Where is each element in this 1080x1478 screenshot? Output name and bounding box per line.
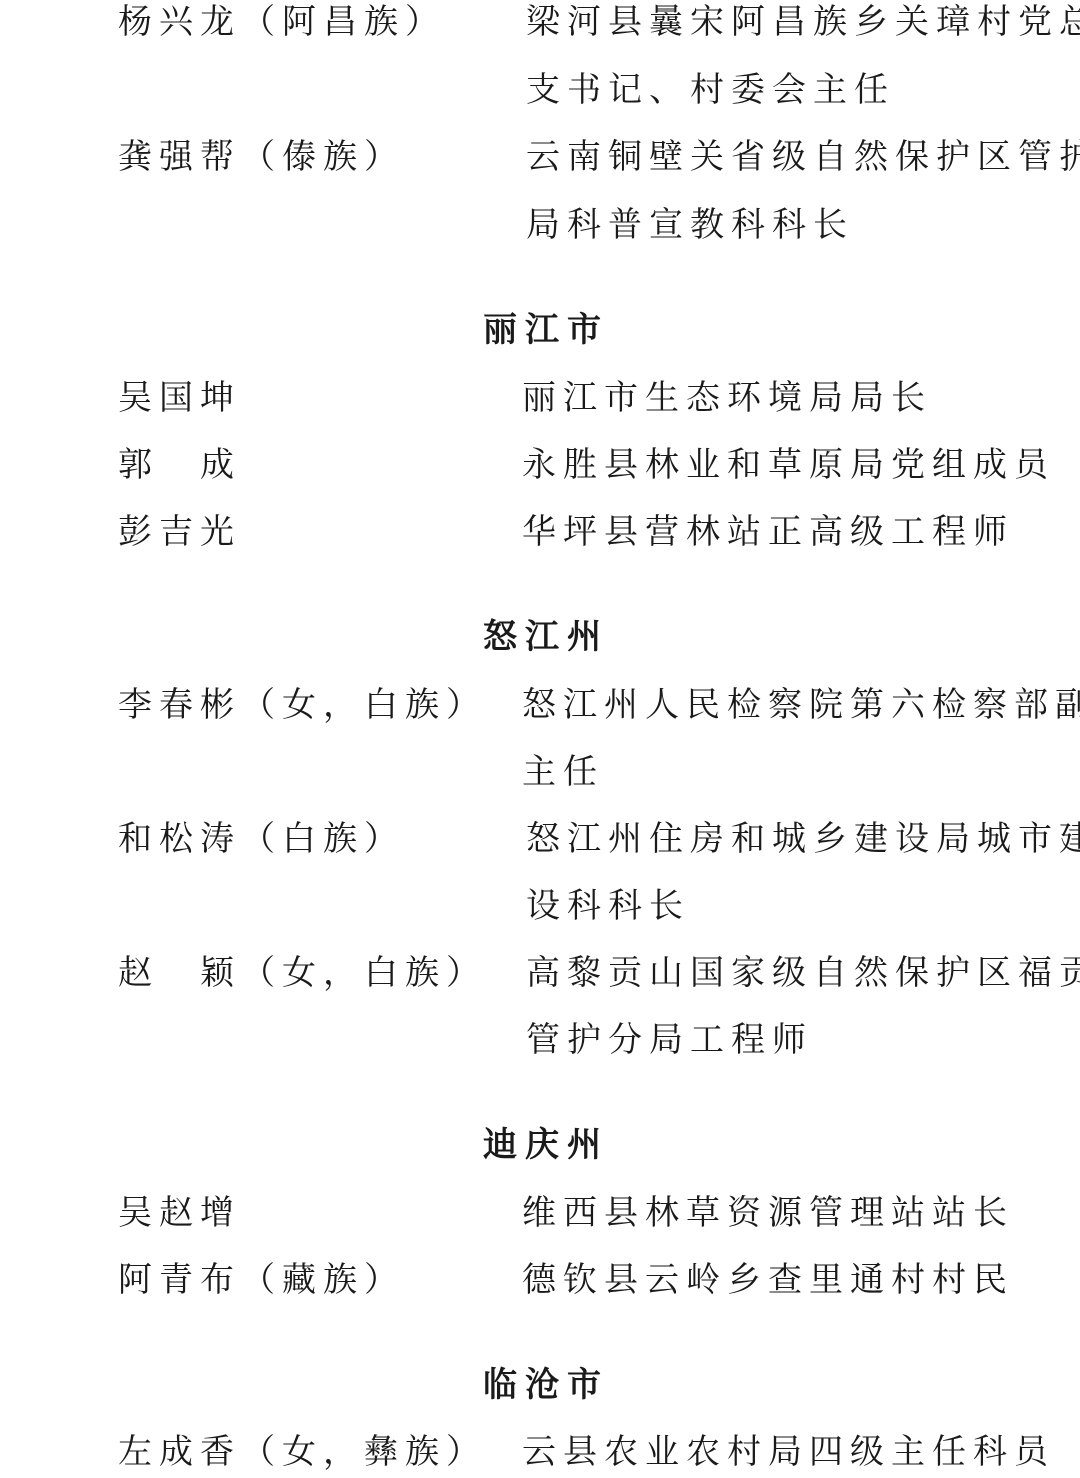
- person-name: 赵 颖（女，白族）: [118, 953, 487, 993]
- person-name: 龚强帮（傣族）: [118, 137, 405, 177]
- person-title-line: 云县农业农村局四级主任科员: [522, 1432, 1055, 1472]
- person-name: 阿青布（藏族）: [118, 1260, 405, 1300]
- person-title-line: 主任: [522, 752, 604, 792]
- section-heading-diqing: 迪庆州: [0, 1125, 1080, 1165]
- person-name: 吴国坤: [118, 378, 241, 418]
- person-title-line: 设科科长: [526, 886, 690, 926]
- section-heading-lijiang: 丽江市: [0, 310, 1080, 350]
- person-title-line: 永胜县林业和草原局党组成员: [522, 445, 1055, 485]
- person-title-line: 云南铜壁关省级自然保护区管护: [526, 137, 1080, 177]
- section-heading-lincang: 临沧市: [0, 1365, 1080, 1405]
- document-page: 杨兴龙（阿昌族） 梁河县曩宋阿昌族乡关璋村党总 支书记、村委会主任 龚强帮（傣族…: [0, 0, 1080, 1478]
- person-name: 郭 成: [118, 445, 241, 485]
- person-name: 李春彬（女，白族）: [118, 685, 487, 725]
- person-title-line: 管护分局工程师: [526, 1020, 813, 1060]
- person-title-line: 支书记、村委会主任: [526, 70, 895, 110]
- person-title-line: 华坪县营林站正高级工程师: [522, 512, 1014, 552]
- person-title-line: 梁河县曩宋阿昌族乡关璋村党总: [526, 2, 1080, 42]
- person-name: 彭吉光: [118, 512, 241, 552]
- person-title-line: 怒江州人民检察院第六检察部副: [522, 685, 1080, 725]
- person-name: 杨兴龙（阿昌族）: [118, 2, 446, 42]
- person-title-line: 高黎贡山国家级自然保护区福贡: [526, 953, 1080, 993]
- person-name: 和松涛（白族）: [118, 819, 405, 859]
- person-title-line: 丽江市生态环境局局长: [522, 378, 932, 418]
- section-heading-nujiang: 怒江州: [0, 617, 1080, 657]
- person-title-line: 怒江州住房和城乡建设局城市建: [526, 819, 1080, 859]
- person-name: 左成香（女，彝族）: [118, 1432, 487, 1472]
- person-title-line: 德钦县云岭乡查里通村村民: [522, 1260, 1014, 1300]
- person-title-line: 维西县林草资源管理站站长: [522, 1193, 1014, 1233]
- person-title-line: 局科普宣教科科长: [526, 205, 854, 245]
- person-name: 吴赵增: [118, 1193, 241, 1233]
